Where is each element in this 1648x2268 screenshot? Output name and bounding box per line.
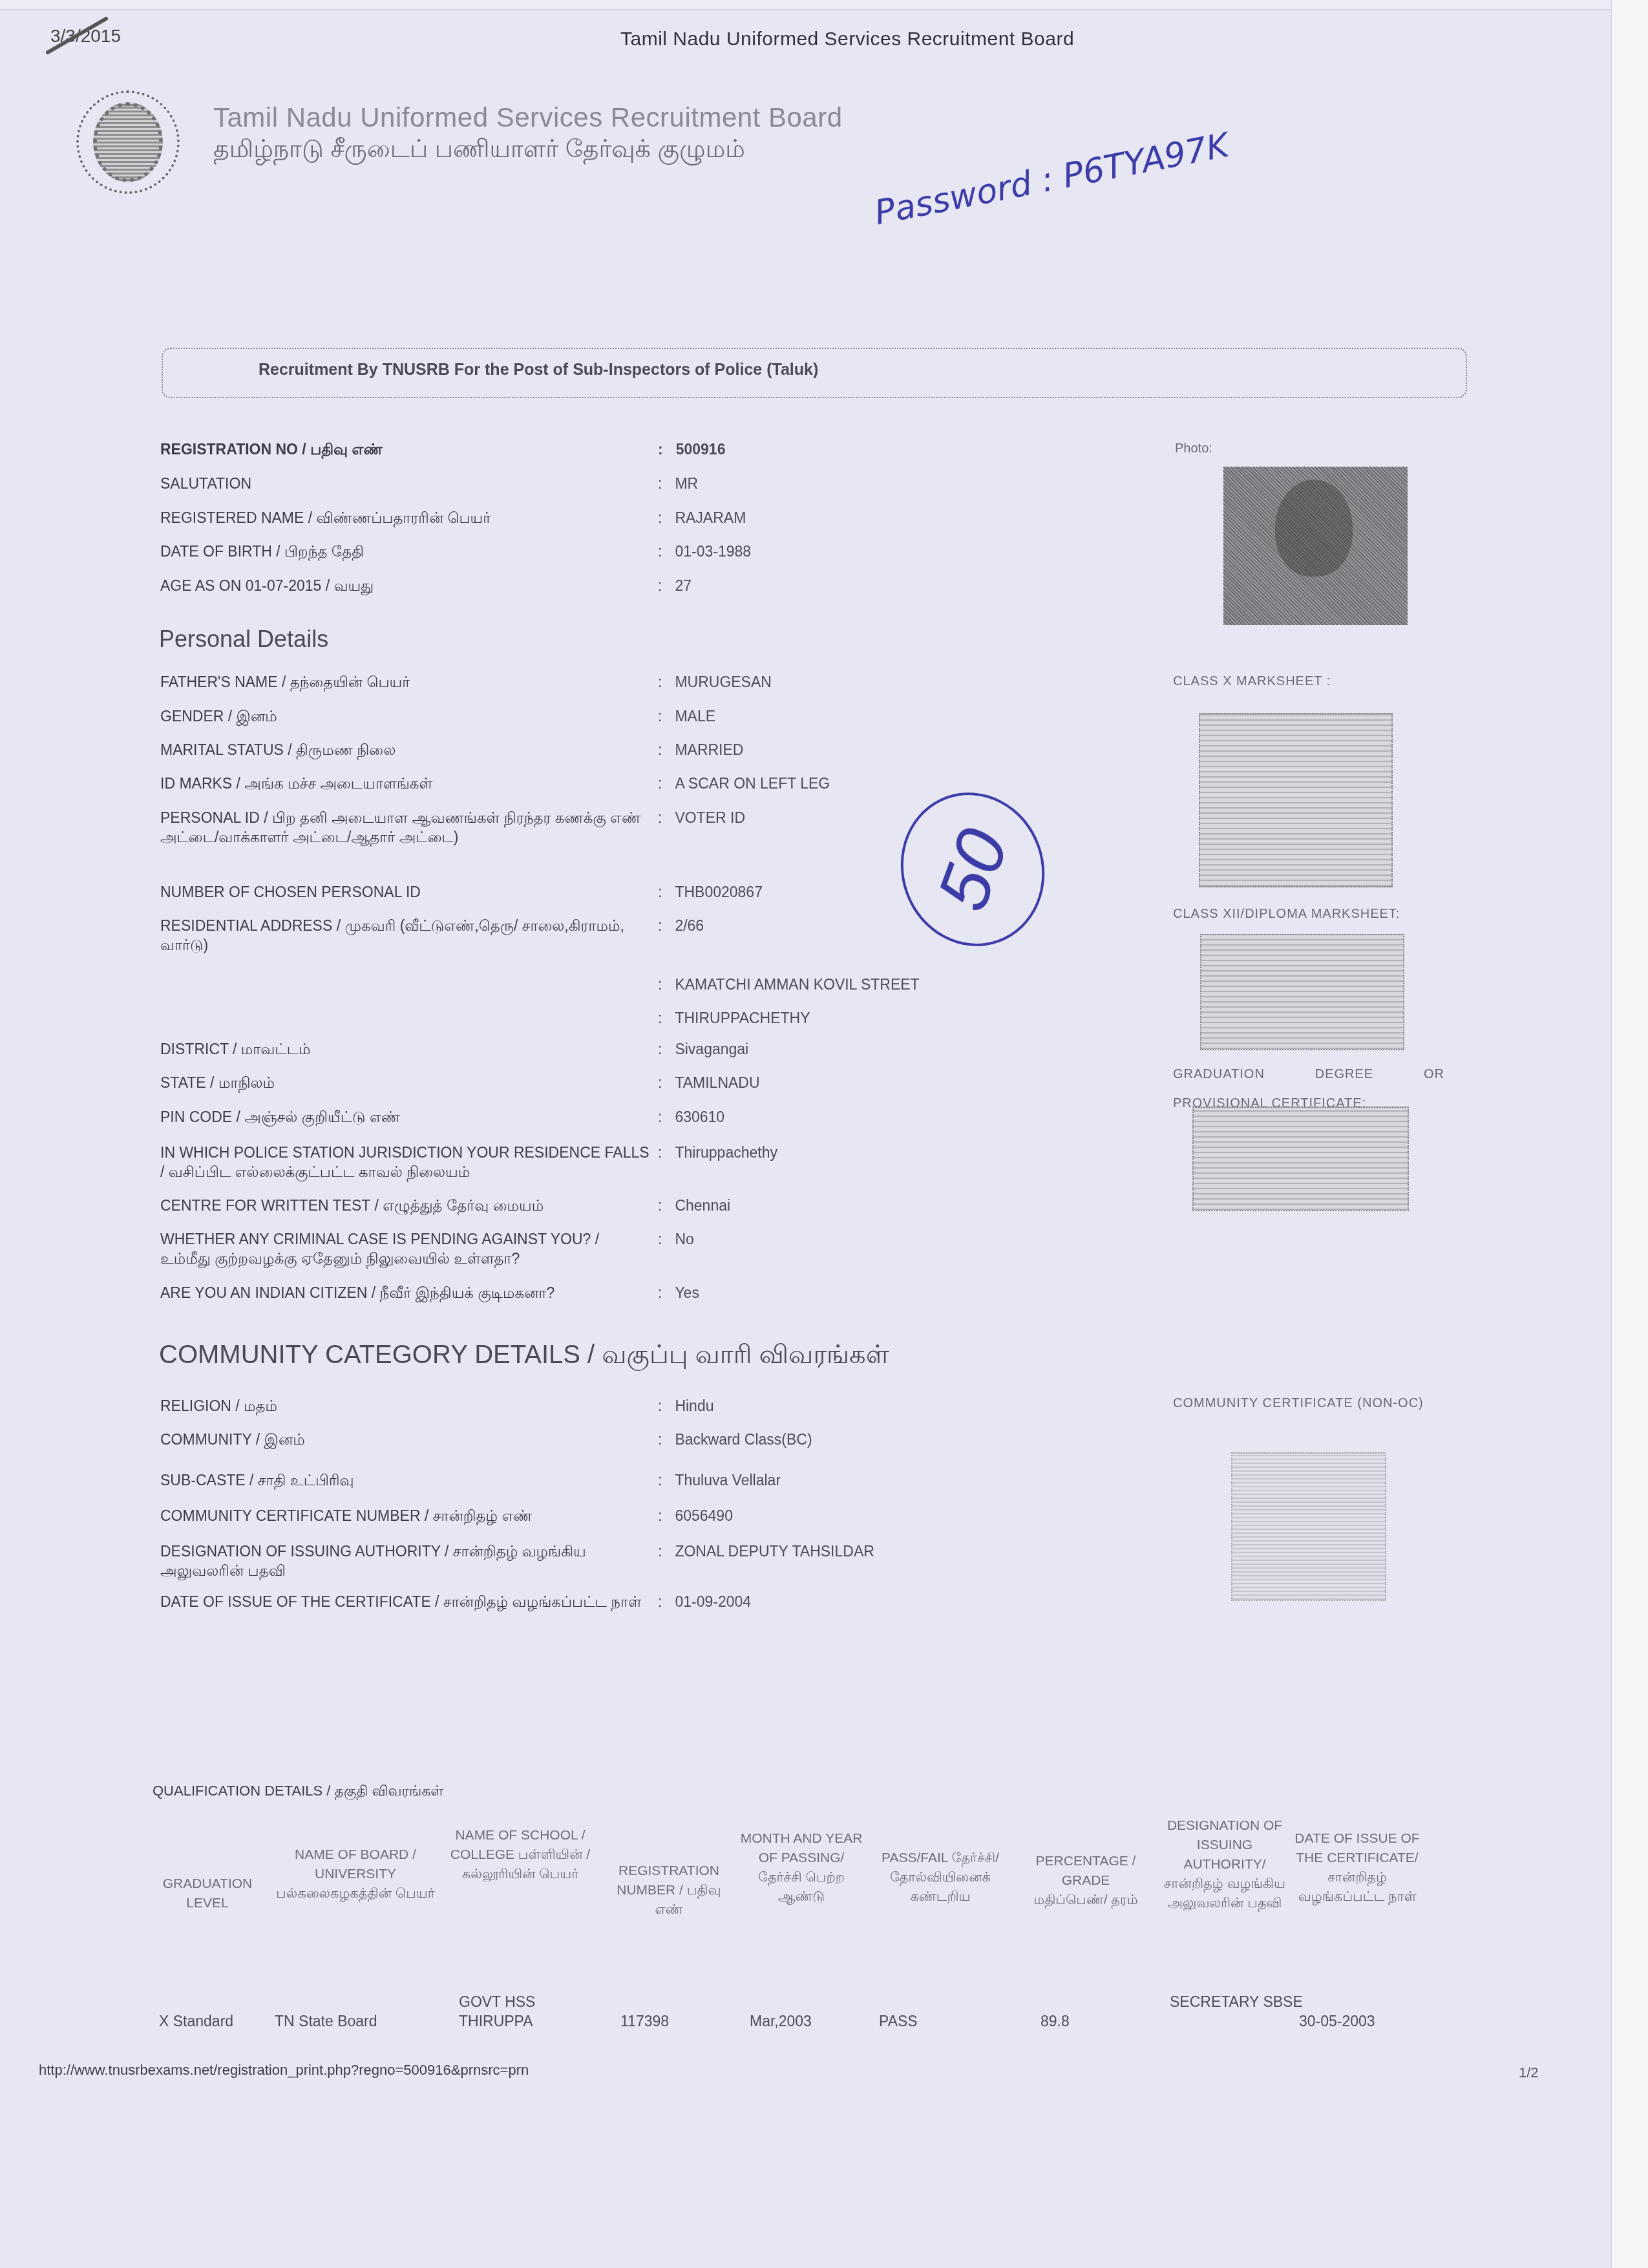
tn-emblem-icon: [76, 90, 180, 194]
table-header: GRADUATION LEVEL: [153, 1874, 262, 1913]
table-header: PASS/FAIL தேர்ச்சி/ தோல்வியினைக் கண்டறிய: [866, 1849, 1015, 1907]
field-label: GENDER / இனம்: [160, 706, 651, 726]
print-header: Tamil Nadu Uniformed Services Recruitmen…: [620, 28, 1074, 50]
field-label: COMMUNITY / இனம்: [160, 1430, 651, 1449]
table-header: NAME OF SCHOOL / COLLEGE பள்ளியின் / கல்…: [446, 1826, 595, 1884]
field-label: REGISTERED NAME / விண்ணப்பதாரரின் பெயர்: [160, 508, 651, 527]
print-url: http://www.tnusrbexams.net/registration_…: [39, 2062, 529, 2079]
field-label: PERSONAL ID / பிற தனி அடையாள ஆவணங்கள் நி…: [160, 808, 651, 847]
field-label: STATE / மாநிலம்: [160, 1073, 651, 1092]
field-value: A SCAR ON LEFT LEG: [658, 774, 830, 793]
field-value: THIRUPPACHETHY: [658, 1008, 810, 1028]
field-label: COMMUNITY CERTIFICATE NUMBER / சான்றிதழ்…: [160, 1506, 651, 1525]
field-value: 27: [658, 576, 692, 595]
field-value: 01-09-2004: [658, 1592, 751, 1611]
community-certificate-image: [1231, 1452, 1386, 1601]
table-cell: TN State Board: [275, 2011, 462, 2031]
field-value: Chennai: [658, 1196, 730, 1215]
field-value: Backward Class(BC): [658, 1430, 812, 1449]
class-x-marksheet-image: [1199, 713, 1393, 887]
class-xii-label: CLASS XII/DIPLOMA MARKSHEET:: [1173, 907, 1400, 922]
field-label: CENTRE FOR WRITTEN TEST / எழுத்துத் தேர்…: [160, 1196, 651, 1215]
table-header: DESIGNATION OF ISSUING AUTHORITY/ சான்றி…: [1157, 1816, 1293, 1913]
field-value: MALE: [658, 706, 715, 726]
field-label: AGE AS ON 01-07-2015 / வயது: [160, 576, 651, 595]
field-value: 500916: [658, 440, 725, 459]
field-value: MR: [658, 474, 698, 493]
field-label: RESIDENTIAL ADDRESS / முகவரி (வீட்டுஎண்,…: [160, 916, 651, 955]
field-label: DISTRICT / மாவட்டம்: [160, 1039, 651, 1059]
field-value: 6056490: [658, 1506, 733, 1525]
field-label: WHETHER ANY CRIMINAL CASE IS PENDING AGA…: [160, 1229, 651, 1268]
field-value: Yes: [658, 1283, 699, 1302]
field-label: ARE YOU AN INDIAN CITIZEN / நீவீர் இந்தி…: [160, 1283, 651, 1302]
table-cell: PASS: [879, 2011, 1028, 2031]
table-cell: 30-05-2003: [1299, 2011, 1441, 2031]
field-label: SALUTATION: [160, 474, 651, 493]
table-header: REGISTRATION NUMBER / பதிவு எண்: [607, 1861, 730, 1920]
table-cell: SECRETARY SBSE: [1170, 1992, 1305, 2011]
field-value: Thiruppachethy: [658, 1143, 777, 1162]
field-label: ID MARKS / அங்க மச்ச அடையாளங்கள்: [160, 774, 651, 793]
field-value: 2/66: [658, 916, 704, 935]
field-label: RELIGION / மதம்: [160, 1396, 651, 1415]
handwritten-password-note: Password : P6TYA97K: [872, 126, 1232, 233]
field-value: RAJARAM: [658, 508, 746, 527]
handwritten-score-circle: 50: [880, 772, 1066, 967]
field-label: FATHER'S NAME / தந்தையின் பெயர்: [160, 672, 651, 692]
table-header: MONTH AND YEAR OF PASSING/ தேர்ச்சி பெற்…: [737, 1829, 866, 1907]
table-cell: 89.8: [1041, 2011, 1157, 2031]
org-name-english: Tamil Nadu Uniformed Services Recruitmen…: [213, 102, 843, 133]
photo-label: Photo:: [1175, 441, 1212, 456]
class-xii-marksheet-image: [1200, 934, 1404, 1050]
document-page: 3/3/2015 Tamil Nadu Uniformed Services R…: [0, 0, 1612, 2268]
table-cell: X Standard: [159, 2011, 269, 2031]
field-value: 630610: [658, 1107, 724, 1127]
personal-details-heading: Personal Details: [159, 626, 328, 653]
field-value: Sivagangai: [658, 1039, 748, 1059]
field-label: IN WHICH POLICE STATION JURISDICTION YOU…: [160, 1143, 651, 1182]
field-value: 01-03-1988: [658, 542, 751, 561]
field-value: MARRIED: [658, 740, 743, 759]
field-value: THB0020867: [658, 882, 763, 902]
score-value: 50: [920, 818, 1024, 920]
graduation-certificate-image: [1192, 1107, 1409, 1211]
paper-fold: [0, 0, 1611, 10]
applicant-photo: [1223, 467, 1408, 625]
field-label: NUMBER OF CHOSEN PERSONAL ID: [160, 882, 651, 902]
post-title: Recruitment By TNUSRB For the Post of Su…: [259, 361, 818, 379]
table-header: DATE OF ISSUE OF THE CERTIFICATE/ சான்றி…: [1286, 1829, 1428, 1907]
community-cert-label: COMMUNITY CERTIFICATE (NON-OC): [1173, 1396, 1424, 1411]
field-label: DATE OF BIRTH / பிறந்த தேதி: [160, 542, 651, 561]
field-value: MURUGESAN: [658, 672, 772, 692]
field-label: SUB-CASTE / சாதி உட்பிரிவு: [160, 1470, 651, 1490]
field-value: Hindu: [658, 1396, 714, 1415]
table-cell: Mar,2003: [750, 2011, 879, 2031]
table-header: NAME OF BOARD / UNIVERSITY பல்கலைகழகத்தி…: [262, 1845, 449, 1903]
table-cell: GOVT HSS THIRUPPA: [459, 1992, 607, 2031]
qualification-heading: QUALIFICATION DETAILS / தகுதி விவரங்கள்: [153, 1783, 443, 1801]
field-label: REGISTRATION NO / பதிவு எண்: [160, 440, 651, 459]
field-label: DESIGNATION OF ISSUING AUTHORITY / சான்ற…: [160, 1542, 651, 1580]
field-value: TAMILNADU: [658, 1073, 760, 1092]
class-x-label: CLASS X MARKSHEET :: [1173, 674, 1331, 689]
field-value: VOTER ID: [658, 808, 745, 827]
field-value: Thuluva Vellalar: [658, 1470, 781, 1490]
field-value: No: [658, 1229, 694, 1249]
page-number: 1/2: [1519, 2064, 1539, 2081]
org-name-tamil: தமிழ்நாடு சீருடைப் பணியாளர் தேர்வுக் குழ…: [213, 136, 745, 167]
table-cell: 117398: [620, 2011, 743, 2031]
field-label: DATE OF ISSUE OF THE CERTIFICATE / சான்ற…: [160, 1592, 651, 1611]
field-value: KAMATCHI AMMAN KOVIL STREET: [658, 975, 920, 994]
community-details-heading: COMMUNITY CATEGORY DETAILS / வகுப்பு வார…: [159, 1341, 889, 1373]
field-label: PIN CODE / அஞ்சல் குறியீட்டு எண்: [160, 1107, 651, 1127]
table-header: PERCENTAGE / GRADE மதிப்பெண்/ தரம்: [1028, 1852, 1144, 1910]
field-value: ZONAL DEPUTY TAHSILDAR: [658, 1542, 874, 1561]
field-label: MARITAL STATUS / திருமண நிலை: [160, 740, 651, 759]
